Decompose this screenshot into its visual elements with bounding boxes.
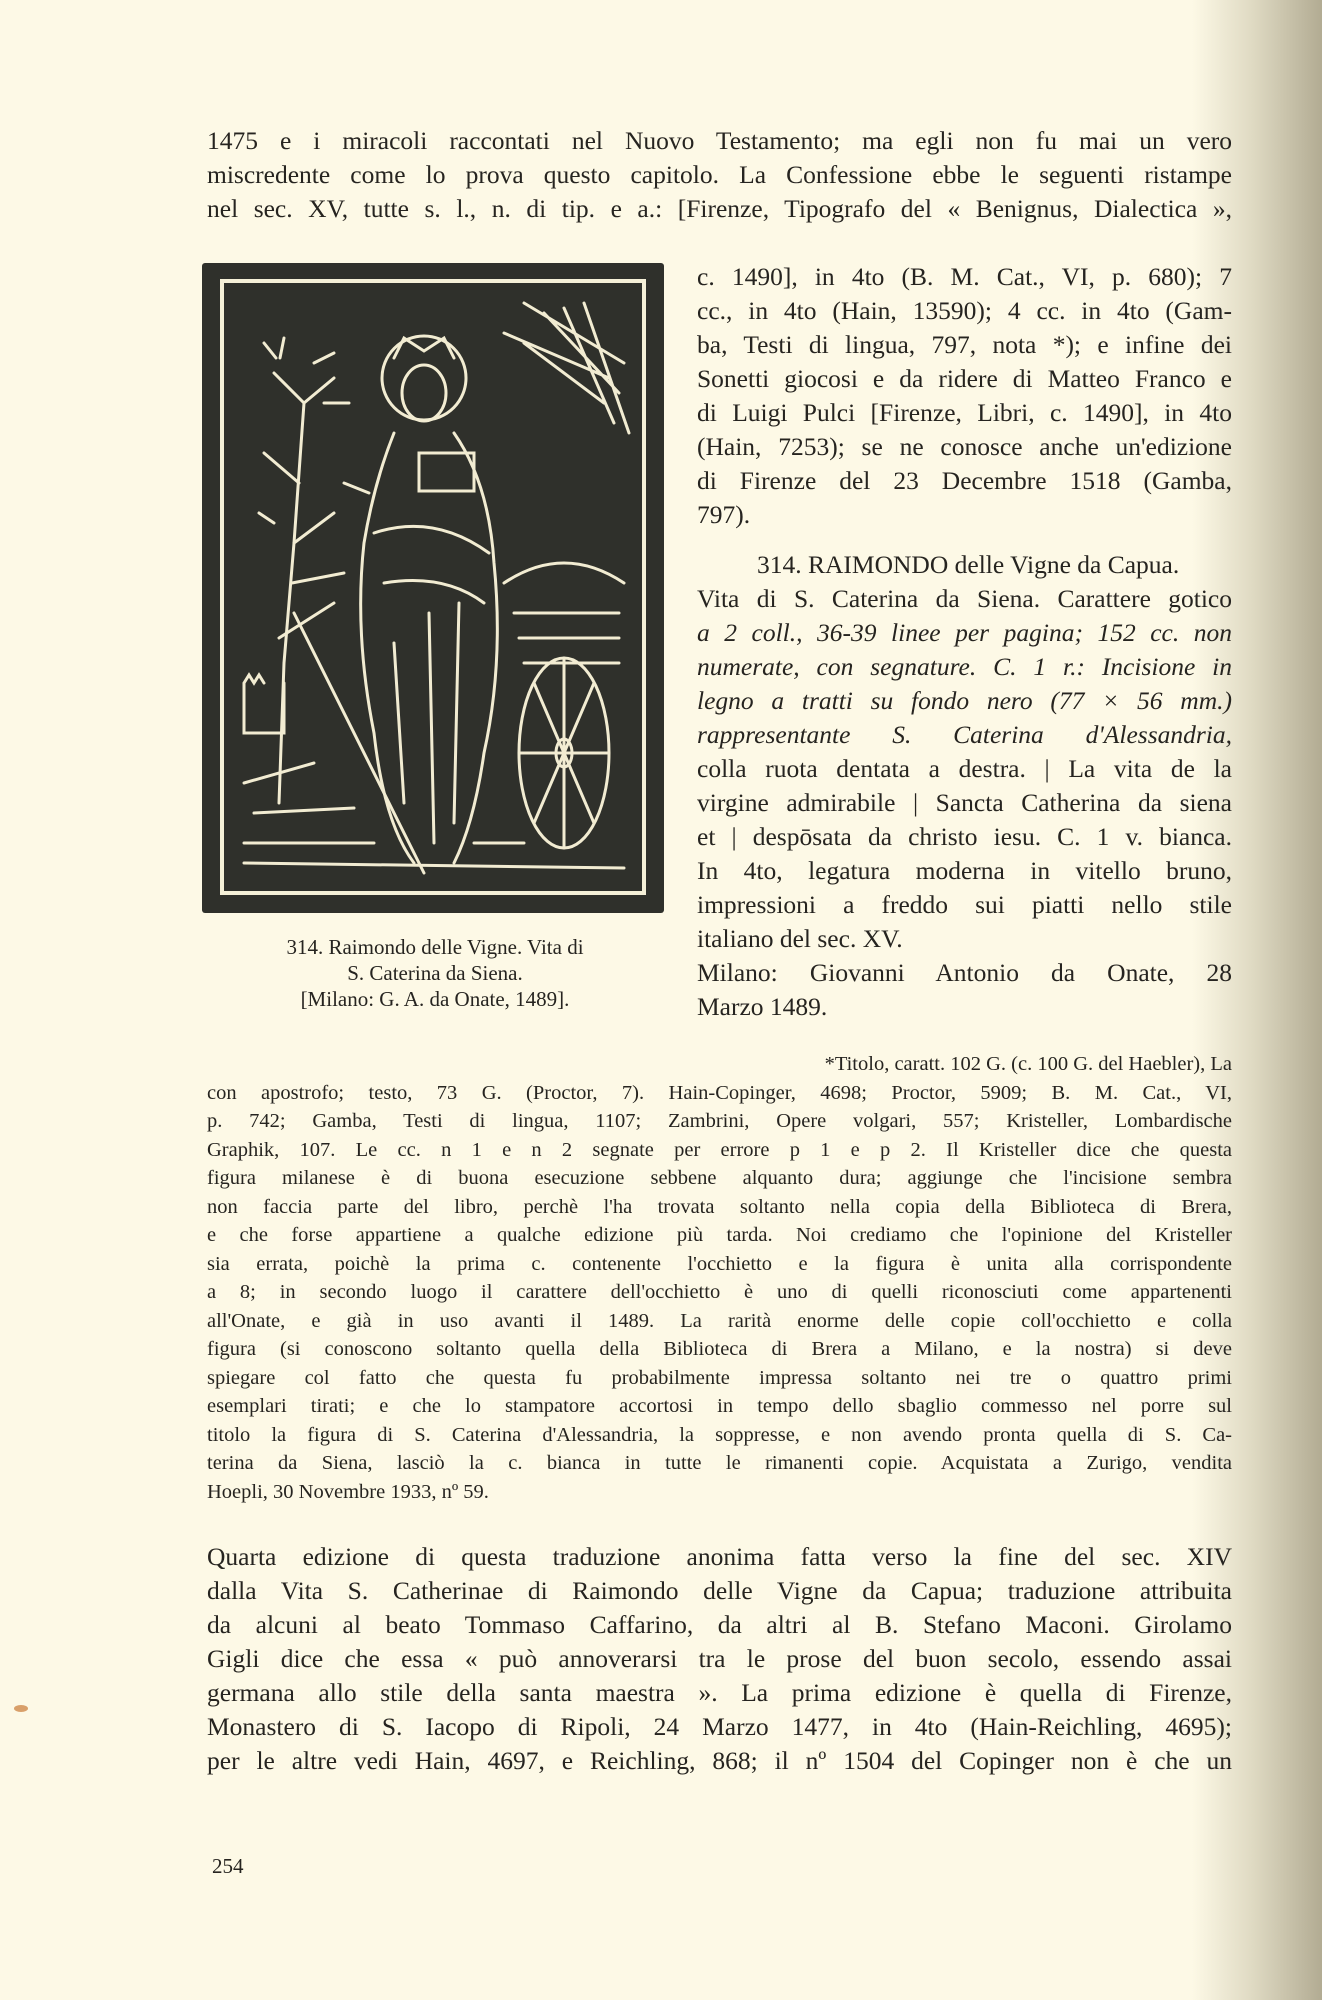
- text-line: rappresentante S. Caterina d'Alessandria…: [697, 718, 1232, 752]
- bibliographic-notes: *Titolo, caratt. 102 G. (c. 100 G. del H…: [207, 1050, 1232, 1506]
- text-line: terina da Siena, lasciò la c. bianca in …: [207, 1449, 1232, 1478]
- text-line: figura milanese è di buona esecuzione se…: [207, 1164, 1232, 1193]
- text-line: germana allo stile della santa maestra »…: [207, 1676, 1232, 1710]
- text-line: Graphik, 107. Le cc. n 1 e n 2 segnate p…: [207, 1136, 1232, 1165]
- text-line: Sonetti giocosi e da ridere di Matteo Fr…: [697, 362, 1232, 396]
- entry-number: 314.: [757, 550, 802, 579]
- text-line: di Luigi Pulci [Firenze, Libri, c. 1490]…: [697, 396, 1232, 430]
- text-line: all'Onate, e già in uso avanti il 1489. …: [207, 1307, 1232, 1336]
- text-line: per le altre vedi Hain, 4697, e Reichlin…: [207, 1744, 1232, 1778]
- text-line: dalla Vita S. Catherinae di Raimondo del…: [207, 1574, 1232, 1608]
- saint-catherine-woodcut-icon: [224, 283, 642, 891]
- woodcut-panel: [220, 279, 646, 895]
- text-line: numerate, con segnature. C. 1 r.: Incisi…: [697, 650, 1232, 684]
- text-line: a 2 coll., 36-39 linee per pagina; 152 c…: [697, 616, 1232, 650]
- text-line: impressioni a freddo sui piatti nello st…: [697, 888, 1232, 922]
- text-line: Hoepli, 30 Novembre 1933, nº 59.: [207, 1478, 1232, 1507]
- page-number: 254: [212, 1854, 244, 1879]
- text-line: a 8; in secondo luogo il carattere dell'…: [207, 1278, 1232, 1307]
- text-line: *Titolo, caratt. 102 G. (c. 100 G. del H…: [207, 1050, 1232, 1079]
- text-line: (Hain, 7253); se ne conosce anche un'edi…: [697, 430, 1232, 464]
- text-line: Milano: Giovanni Antonio da Onate, 28: [697, 956, 1232, 990]
- text-line: miscredente come lo prova questo capitol…: [207, 158, 1232, 192]
- woodcut-illustration: [202, 263, 664, 913]
- text-line: Monastero di S. Iacopo di Ripoli, 24 Mar…: [207, 1710, 1232, 1744]
- text-line: et | despōsata da christo iesu. C. 1 v. …: [697, 820, 1232, 854]
- text-line: 797).: [697, 498, 1232, 532]
- caption-line: [Milano: G. A. da Onate, 1489].: [215, 986, 655, 1012]
- text-line: Gigli dice che essa « può annoverarsi tr…: [207, 1642, 1232, 1676]
- text-line: da alcuni al beato Tommaso Caffarino, da…: [207, 1608, 1232, 1642]
- text-line: italiano del sec. XV.: [697, 922, 1232, 956]
- entry-author: RAIMONDO: [808, 550, 948, 579]
- figure-caption: 314. Raimondo delle Vigne. Vita di S. Ca…: [215, 934, 655, 1012]
- text-line: con apostrofo; testo, 73 G. (Proctor, 7)…: [207, 1079, 1232, 1108]
- text-line: e che forse appartiene a qualche edizion…: [207, 1221, 1232, 1250]
- text-line: 1475 e i miracoli raccontati nel Nuovo T…: [207, 124, 1232, 158]
- text-line: colla ruota dentata a destra. | La vita …: [697, 752, 1232, 786]
- commentary-paragraph: Quarta edizione di questa traduzione ano…: [207, 1540, 1232, 1778]
- paper-stain: [14, 1705, 28, 1712]
- text-line: c. 1490], in 4to (B. M. Cat., VI, p. 680…: [697, 260, 1232, 294]
- text-line: virgine admirabile | Sancta Catherina da…: [697, 786, 1232, 820]
- text-line: titolo la figura di S. Caterina d'Alessa…: [207, 1421, 1232, 1450]
- text-line: ba, Testi di lingua, 797, nota *); e inf…: [697, 328, 1232, 362]
- text-line: non faccia parte del libro, perchè l'ha …: [207, 1193, 1232, 1222]
- text-line: p. 742; Gamba, Testi di lingua, 1107; Za…: [207, 1107, 1232, 1136]
- text-line: Vita di S. Caterina da Siena. Carattere …: [697, 582, 1232, 616]
- text-line: sia errata, poichè la prima c. contenent…: [207, 1250, 1232, 1279]
- text-line: Marzo 1489.: [697, 990, 1232, 1024]
- text-line: di Firenze del 23 Decembre 1518 (Gamba,: [697, 464, 1232, 498]
- top-paragraph: 1475 e i miracoli raccontati nel Nuovo T…: [207, 124, 1232, 226]
- text-line: cc., in 4to (Hain, 13590); 4 cc. in 4to …: [697, 294, 1232, 328]
- entry-heading-rest: delle Vigne da Capua.: [955, 550, 1180, 579]
- entry-heading: 314. RAIMONDO delle Vigne da Capua.: [697, 548, 1232, 582]
- text-line: spiegare col fatto che questa fu probabi…: [207, 1364, 1232, 1393]
- caption-line: S. Caterina da Siena.: [215, 960, 655, 986]
- caption-line: 314. Raimondo delle Vigne. Vita di: [215, 934, 655, 960]
- text-line: Quarta edizione di questa traduzione ano…: [207, 1540, 1232, 1574]
- text-line: nel sec. XV, tutte s. l., n. di tip. e a…: [207, 192, 1232, 226]
- text-line: figura (si conoscono soltanto quella del…: [207, 1335, 1232, 1364]
- top-paragraph-right-column: c. 1490], in 4to (B. M. Cat., VI, p. 680…: [697, 260, 1232, 532]
- text-line: In 4to, legatura moderna in vitello brun…: [697, 854, 1232, 888]
- catalog-entry: 314. RAIMONDO delle Vigne da Capua. Vita…: [697, 548, 1232, 1024]
- text-line: esemplari tirati; e che lo stampatore ac…: [207, 1392, 1232, 1421]
- text-line: legno a tratti su fondo nero (77 × 56 mm…: [697, 684, 1232, 718]
